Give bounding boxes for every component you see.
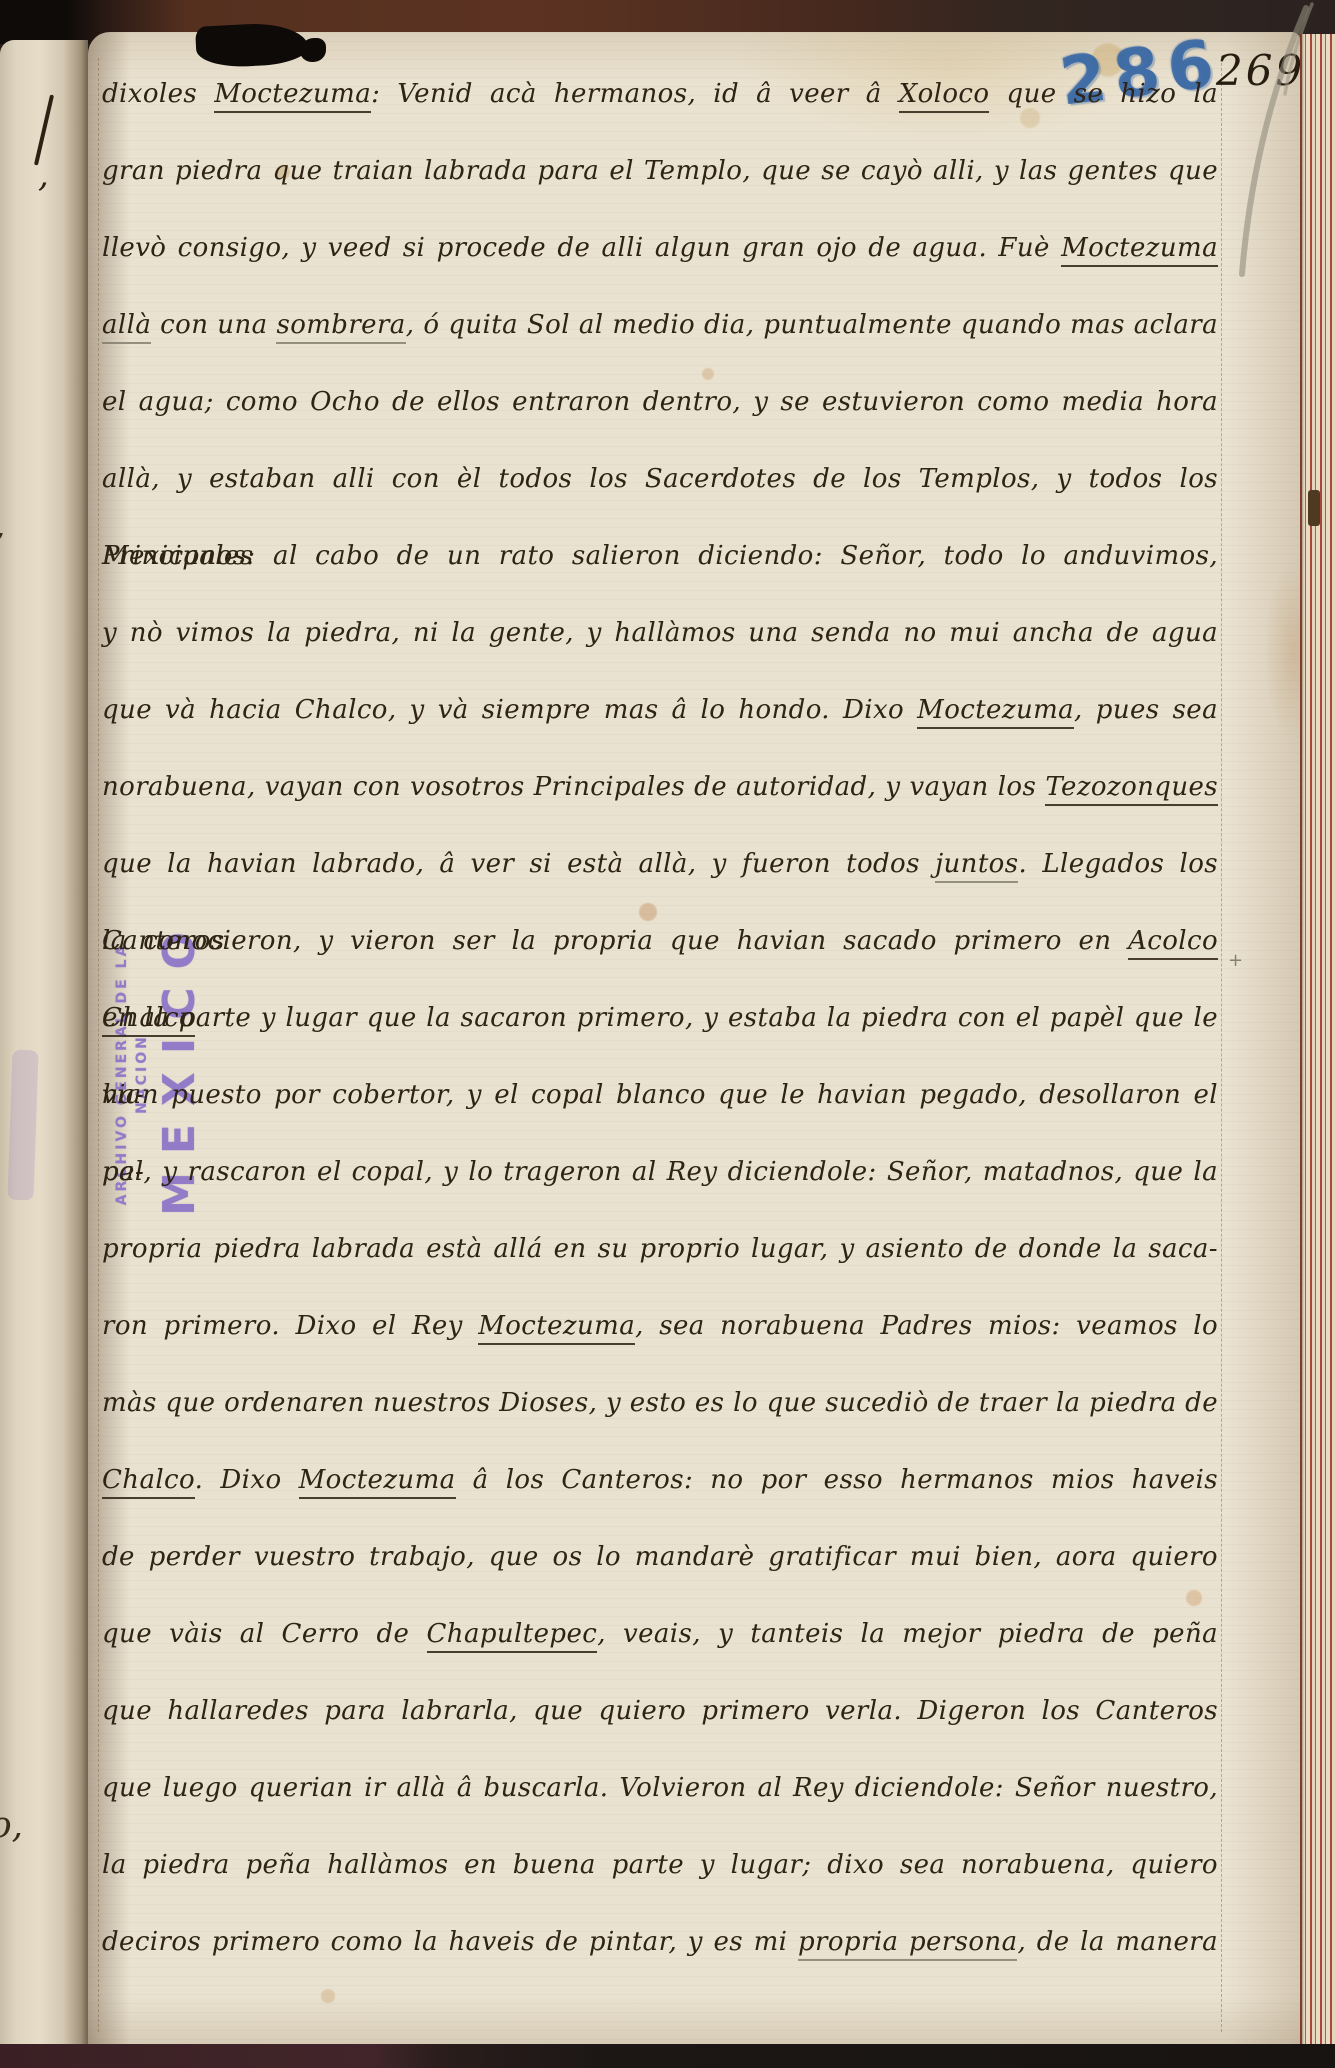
- manuscript-line: dixoles Moctezuma: Venid acà hermanos, i…: [102, 56, 1218, 133]
- text-segment: propria piedra labrada està allá en su p…: [102, 1234, 1218, 1264]
- text-segment: . Dixo: [195, 1465, 299, 1495]
- text-segment: , de la manera: [1017, 1927, 1218, 1957]
- manuscript-line: en la parte y lugar que la sacaron prime…: [102, 980, 1218, 1057]
- text-segment: , ó quita Sol al medio dia, puntualmente…: [406, 310, 1218, 340]
- text-segment: que la havian labrado, â ver si està all…: [102, 849, 935, 879]
- text-segment: pel, y rascaron el copal, y lo trageron …: [102, 1157, 1218, 1187]
- pencil-underlined-word: juntos: [935, 849, 1018, 883]
- text-segment: que vàis al Cerro de: [102, 1619, 427, 1649]
- manuscript-line: que la havian labrado, â ver si està all…: [102, 826, 1218, 903]
- manuscript-line: la conocieron, y vieron ser la propria q…: [102, 903, 1218, 980]
- underlined-word: Moctezuma: [1061, 233, 1218, 267]
- text-segment: la piedra peña hallàmos en buena parte y…: [102, 1850, 1218, 1880]
- manuscript-line: allà con una sombrera, ó quita Sol al me…: [102, 287, 1218, 364]
- left-margin-rule: [98, 58, 99, 2032]
- underlined-word: Chalco: [102, 1465, 195, 1499]
- text-segment: la conocieron, y vieron ser la propria q…: [102, 926, 1128, 956]
- underlined-word: Moctezuma: [917, 695, 1074, 729]
- manuscript-page: 286 269 + ARCHIVO GENERAL DE LA NACION M…: [88, 32, 1300, 2046]
- text-segment: , veais, y tanteis la mejor piedra de pe…: [597, 1619, 1218, 1649]
- text-segment: , sea norabuena Padres mios: veamos lo: [635, 1311, 1218, 1341]
- manuscript-line: allà, y estaban alli con èl todos los Sa…: [102, 441, 1218, 518]
- text-segment: norabuena, vayan con vosotros Principale…: [102, 772, 1045, 802]
- manuscript-line: que luego querian ir allà â buscarla. Vo…: [102, 1750, 1218, 1827]
- fore-edge-mark: [1308, 490, 1320, 526]
- manuscript-line: pel, y rascaron el copal, y lo trageron …: [102, 1134, 1218, 1211]
- text-segment: de perder vuestro trabajo, que os lo man…: [102, 1542, 1218, 1572]
- text-segment: gran piedra que traian labrada para el T…: [102, 156, 1218, 186]
- manuscript-line: propria piedra labrada està allá en su p…: [102, 1211, 1218, 1288]
- pencil-underlined-word: propria persona: [798, 1927, 1018, 1961]
- underlined-word: Acolco: [1128, 926, 1218, 960]
- edge-text-fragment: ,: [0, 508, 5, 544]
- underlined-word: Moctezuma: [478, 1311, 635, 1345]
- manuscript-line: que hallaredes para labrarla, que quiero…: [102, 1673, 1218, 1750]
- manuscript-line: llevò consigo, y veed si procede de alli…: [102, 210, 1218, 287]
- previous-page-sliver: , , o,: [0, 40, 88, 2048]
- book-fore-edge: [1300, 34, 1335, 2046]
- text-segment: Mexicanos: al cabo de un rato salieron d…: [102, 541, 1218, 571]
- manuscript-text: dixoles Moctezuma: Venid acà hermanos, i…: [102, 56, 1218, 1981]
- manuscript-line: y nò vimos la piedra, ni la gente, y hal…: [102, 595, 1218, 672]
- manuscript-line: vian puesto por cobertor, y el copal bla…: [102, 1057, 1218, 1134]
- text-segment: deciros primero como la haveis de pintar…: [102, 1927, 798, 1957]
- text-segment: , pues sea: [1074, 695, 1218, 725]
- text-segment: que luego querian ir allà â buscarla. Vo…: [102, 1773, 1218, 1803]
- manuscript-line: norabuena, vayan con vosotros Principale…: [102, 749, 1218, 826]
- text-segment: màs que ordenaren nuestros Dioses, y est…: [102, 1388, 1218, 1418]
- underlined-word: Moctezuma: [214, 79, 371, 113]
- right-margin-rule: [1221, 58, 1222, 2032]
- manuscript-line: que và hacia Chalco, y và siempre mas â …: [102, 672, 1218, 749]
- manuscript-line: Mexicanos: al cabo de un rato salieron d…: [102, 518, 1218, 595]
- text-segment: : Venid acà hermanos, id â veer â: [371, 79, 899, 109]
- text-segment: dixoles: [102, 79, 214, 109]
- text-segment: con una: [151, 310, 276, 340]
- text-segment: ron primero. Dixo el Rey: [102, 1311, 478, 1341]
- manuscript-line: gran piedra que traian labrada para el T…: [102, 133, 1218, 210]
- manuscript-line: ron primero. Dixo el Rey Moctezuma, sea …: [102, 1288, 1218, 1365]
- text-segment: que hallaredes para labrarla, que quiero…: [102, 1696, 1218, 1726]
- text-segment: llevò consigo, y veed si procede de alli…: [102, 233, 1061, 263]
- manuscript-line: la piedra peña hallàmos en buena parte y…: [102, 1827, 1218, 1904]
- underlined-word: Chapultepec: [427, 1619, 598, 1653]
- text-segment: el agua; como Ocho de ellos entraron den…: [102, 387, 1218, 417]
- pencil-cross-mark: +: [1228, 952, 1243, 970]
- underlined-word: Moctezuma: [299, 1465, 456, 1499]
- text-segment: que se hizo la: [989, 79, 1218, 109]
- manuscript-scan: , , o, 286 269 + ARCHIVO GENERAL DE LA N…: [0, 0, 1335, 2068]
- text-segment: â los Canteros: no por esso hermanos mio…: [456, 1465, 1218, 1495]
- manuscript-line: Chalco. Dixo Moctezuma â los Canteros: n…: [102, 1442, 1218, 1519]
- text-segment: que và hacia Chalco, y và siempre mas â …: [102, 695, 917, 725]
- pencil-underlined-word: allà: [102, 310, 151, 344]
- manuscript-line: que vàis al Cerro de Chapultepec, veais,…: [102, 1596, 1218, 1673]
- manuscript-line: deciros primero como la haveis de pintar…: [102, 1904, 1218, 1981]
- underlined-word: Tezozonques: [1045, 772, 1218, 806]
- pencil-underlined-word: sombrera: [276, 310, 405, 344]
- pen-comma-mark: ,: [38, 158, 49, 192]
- stamp-ghost-smudge: [7, 1050, 38, 1201]
- manuscript-line: de perder vuestro trabajo, que os lo man…: [102, 1519, 1218, 1596]
- text-segment: y nò vimos la piedra, ni la gente, y hal…: [102, 618, 1218, 648]
- manuscript-line: el agua; como Ocho de ellos entraron den…: [102, 364, 1218, 441]
- manuscript-line: màs que ordenaren nuestros Dioses, y est…: [102, 1365, 1218, 1442]
- edge-text-fragment: o,: [0, 1808, 23, 1844]
- book-cover-bottom: [0, 2044, 1335, 2068]
- underlined-word: Xoloco: [899, 79, 990, 113]
